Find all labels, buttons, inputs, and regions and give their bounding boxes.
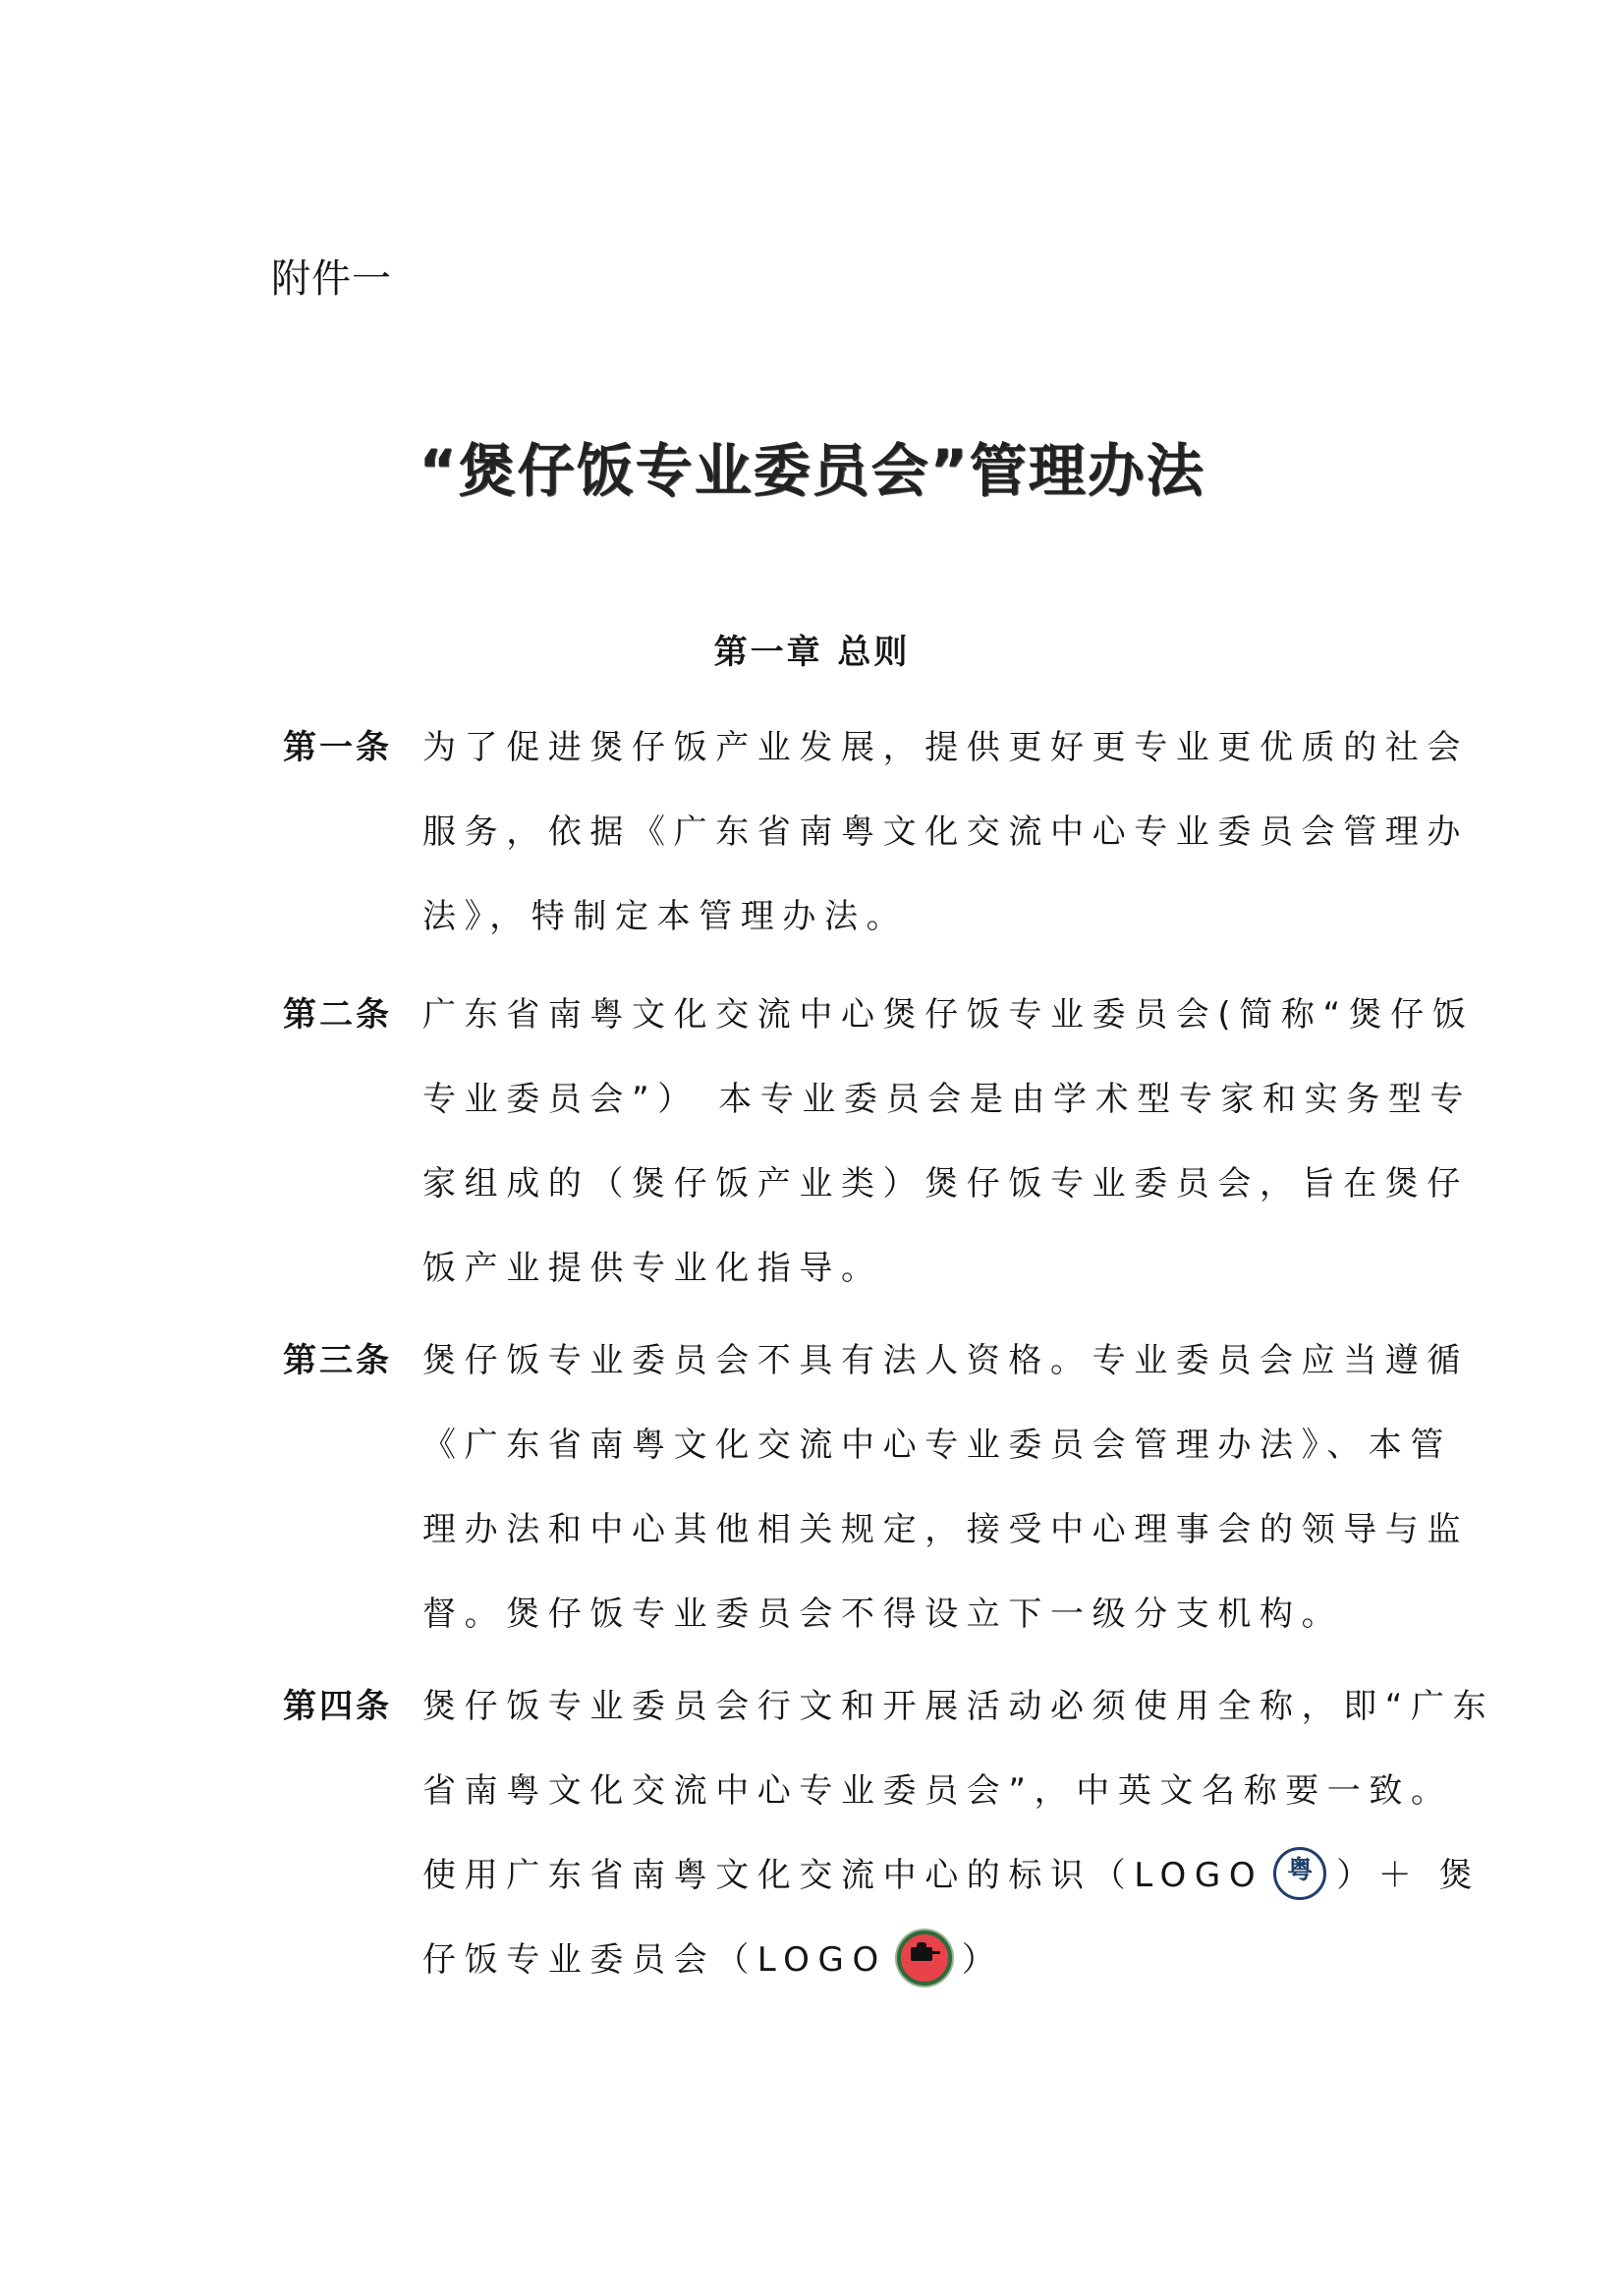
article-line: 督。煲仔饭专业委员会不得设立下一级分支机构。 (422, 1572, 1361, 1656)
article-line: 省南粤文化交流中心专业委员会”，中英文名称要一致。 (422, 1749, 1361, 1833)
article-number: 第一条 (283, 705, 392, 790)
article-number: 第三条 (283, 1318, 392, 1403)
article-body: 为了促进煲仔饭产业发展，提供更好更专业更优质的社会 服务，依据《广东省南粤文化交… (422, 705, 1361, 959)
article-number: 第二条 (283, 973, 392, 1057)
article-line-with-logo: 仔饭专业委员会（LOGO） (422, 1918, 1361, 2002)
attachment-label: 附件一 (271, 248, 392, 304)
nanyue-center-logo-icon: 粤 (1273, 1847, 1326, 1900)
article-number: 第四条 (283, 1664, 392, 1749)
article-line: 专业委员会”） 本专业委员会是由学术型专家和实务型专 (422, 1057, 1361, 1142)
logo-text-after: ） (962, 1940, 1004, 1980)
claypot-rice-committee-logo-icon (897, 1931, 952, 1986)
article-line: 为了促进煲仔饭产业发展，提供更好更专业更优质的社会 (422, 705, 1361, 790)
document-title: “煲仔饭专业委员会”管理办法 (0, 424, 1624, 507)
article-line: 理办法和中心其他相关规定，接受中心理事会的领导与监 (422, 1487, 1361, 1572)
article-line-with-logo: 使用广东省南粤文化交流中心的标识（LOGO粤）＋ 煲 (422, 1833, 1361, 1918)
article-line: 饭产业提供专业化指导。 (422, 1226, 1361, 1311)
logo-text-before: 使用广东省南粤文化交流中心的标识（LOGO (422, 1856, 1263, 1895)
article-line: 广东省南粤文化交流中心煲仔饭专业委员会(简称“煲仔饭 (422, 973, 1361, 1057)
article-line: 煲仔饭专业委员会行文和开展活动必须使用全称，即“广东 (422, 1664, 1361, 1749)
article-line: 煲仔饭专业委员会不具有法人资格。专业委员会应当遵循 (422, 1318, 1361, 1403)
logo-text-after: ）＋ 煲 (1336, 1856, 1481, 1895)
logo-text-before: 仔饭专业委员会（LOGO (422, 1940, 887, 1980)
claypot-icon (911, 1947, 932, 1961)
article-line: 服务，依据《广东省南粤文化交流中心专业委员会管理办 (422, 790, 1361, 874)
article-line: 《广东省南粤文化交流中心专业委员会管理办法》、本管 (422, 1403, 1361, 1487)
article-body: 煲仔饭专业委员会不具有法人资格。专业委员会应当遵循 《广东省南粤文化交流中心专业… (422, 1318, 1361, 1656)
chapter-heading: 第一章 总则 (0, 625, 1624, 673)
article-line: 法》，特制定本管理办法。 (422, 874, 1361, 959)
article-body: 广东省南粤文化交流中心煲仔饭专业委员会(简称“煲仔饭 专业委员会”） 本专业委员… (422, 973, 1361, 1311)
article-line: 家组成的（煲仔饭产业类）煲仔饭专业委员会，旨在煲仔 (422, 1142, 1361, 1226)
article-body: 煲仔饭专业委员会行文和开展活动必须使用全称，即“广东 省南粤文化交流中心专业委员… (422, 1664, 1361, 2002)
